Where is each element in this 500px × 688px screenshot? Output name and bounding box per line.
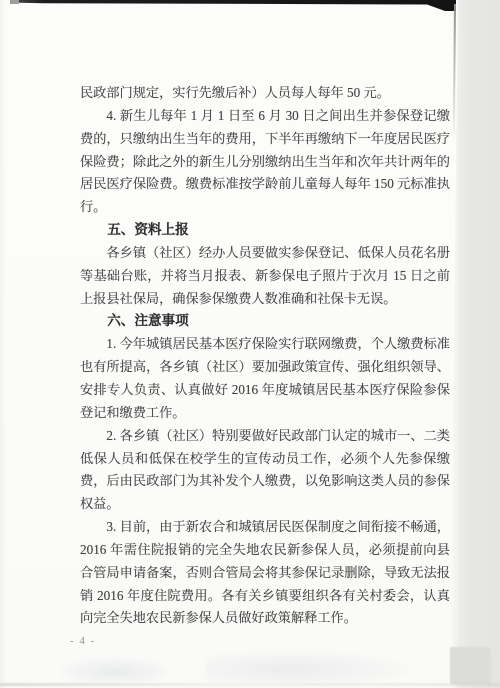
paragraph: 3. 目前，由于新农合和城镇居民医保制度之间衔接不畅通，2016 年需住院报销的… bbox=[80, 516, 450, 630]
scan-bottom-smudge bbox=[55, 656, 175, 682]
scan-top-left-mark bbox=[10, 0, 19, 4]
paragraph: 4. 新生儿每年 1 月 1 日至 6 月 30 日之间出生并参保登记缴费的，只… bbox=[80, 105, 450, 219]
section-heading: 六、注意事项 bbox=[80, 310, 450, 333]
scan-bottom-right-patch bbox=[450, 647, 491, 684]
scan-bottom-smudge bbox=[205, 650, 420, 682]
paragraph: 各乡镇（社区）经办人员要做实参保登记、低保人员花名册等基础台账，并将当月报表、新… bbox=[80, 242, 450, 311]
paragraph: 2. 各乡镇（社区）特别要做好民政部门认定的城市一、二类低保人员和低保在校学生的… bbox=[80, 425, 450, 516]
scan-top-edge-artifact bbox=[13, 0, 456, 12]
section-heading: 五、资料上报 bbox=[80, 219, 450, 242]
scan-right-margin-strip bbox=[450, 0, 500, 688]
page-number: - 4 - bbox=[70, 635, 96, 647]
document-body: 民政部门规定，实行先缴后补）人员每人每年 50 元。 4. 新生儿每年 1 月 … bbox=[80, 82, 450, 630]
scanned-document-page: 民政部门规定，实行先缴后补）人员每人每年 50 元。 4. 新生儿每年 1 月 … bbox=[0, 0, 500, 688]
paragraph: 1. 今年城镇居民基本医疗保险实行联网缴费，个人缴费标准也有所提高，各乡镇（社区… bbox=[80, 333, 450, 424]
paragraph: 民政部门规定，实行先缴后补）人员每人每年 50 元。 bbox=[80, 82, 450, 105]
scan-left-edge-artifact bbox=[0, 0, 6, 688]
scan-page-edge-shadow bbox=[453, 4, 456, 144]
scan-bottom-edge-artifact bbox=[0, 683, 500, 686]
